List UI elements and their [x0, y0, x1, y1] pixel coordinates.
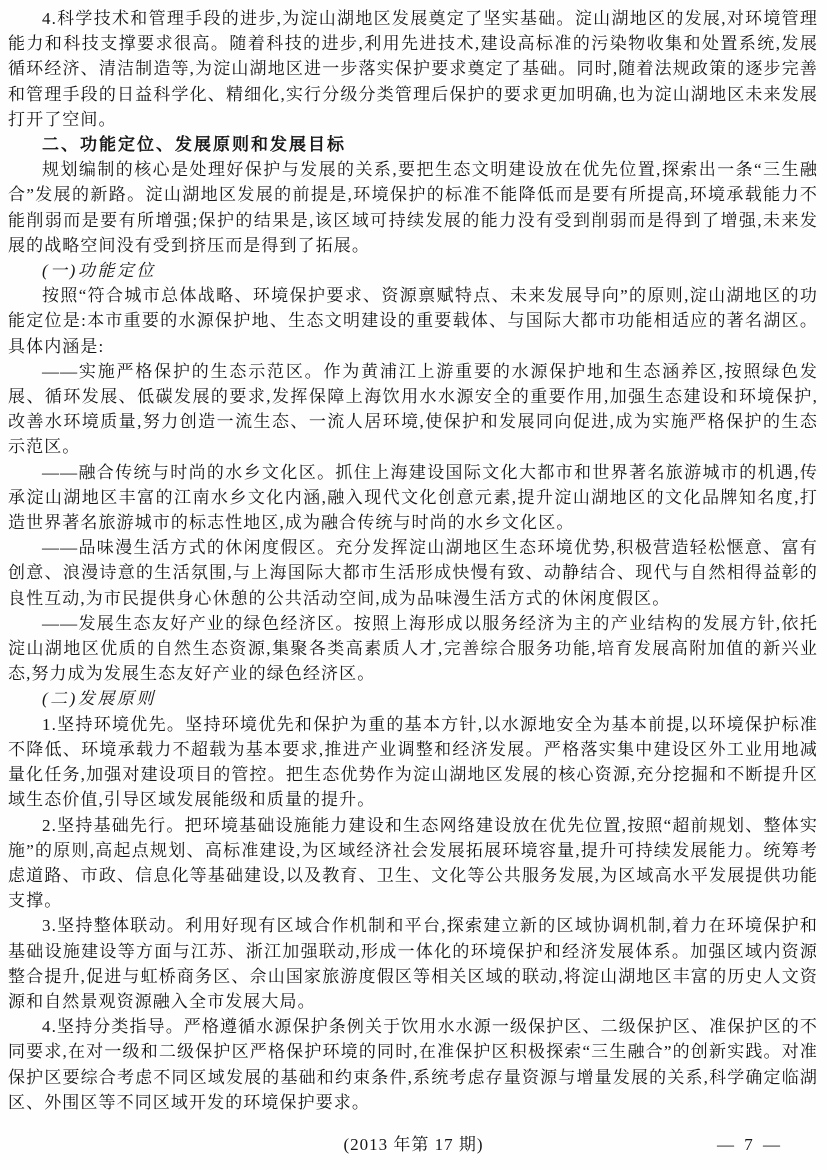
document-page: 4.科学技术和管理手段的进步,为淀山湖地区发展奠定了坚实基础。淀山湖地区的发展,… [0, 0, 827, 1170]
body-paragraph: 1.坚持环境优先。坚持环境优先和保护为重的基本方针,以水源地安全为基本前提,以环… [8, 712, 818, 813]
document-body: 4.科学技术和管理手段的进步,为淀山湖地区发展奠定了坚实基础。淀山湖地区的发展,… [8, 6, 818, 1115]
body-paragraph: ——实施严格保护的生态示范区。作为黄浦江上游重要的水源保护地和生态涵养区,按照绿… [8, 359, 818, 460]
body-paragraph: ——品味漫生活方式的休闲度假区。充分发挥淀山湖地区生态环境优势,积极营造轻松惬意… [8, 535, 818, 611]
page-number: — 7 — [717, 1132, 783, 1158]
body-paragraph: 规划编制的核心是处理好保护与发展的关系,要把生态文明建设放在优先位置,探索出一条… [8, 157, 818, 258]
body-paragraph: 按照“符合城市总体战略、环境保护要求、资源禀赋特点、未来发展导向”的原则,淀山湖… [8, 283, 818, 359]
body-paragraph: ——融合传统与时尚的水乡文化区。抓住上海建设国际文化大都市和世界著名旅游城市的机… [8, 460, 818, 536]
body-paragraph: 2.坚持基础先行。把环境基础设施能力建设和生态网络建设放在优先位置,按照“超前规… [8, 813, 818, 914]
subsection-heading: (二)发展原则 [8, 686, 818, 711]
section-heading: 二、功能定位、发展原则和发展目标 [8, 132, 818, 157]
body-paragraph: ——发展生态友好产业的绿色经济区。按照上海形成以服务经济为主的产业结构的发展方针… [8, 611, 818, 687]
body-paragraph: 4.科学技术和管理手段的进步,为淀山湖地区发展奠定了坚实基础。淀山湖地区的发展,… [8, 6, 818, 132]
body-paragraph: 4.坚持分类指导。严格遵循水源保护条例关于饮用水水源一级保护区、二级保护区、准保… [8, 1014, 818, 1115]
issue-label: (2013 年第 17 期) [343, 1132, 483, 1158]
subsection-heading: (一)功能定位 [8, 258, 818, 283]
body-paragraph: 3.坚持整体联动。利用好现有区域合作机制和平台,探索建立新的区域协调机制,着力在… [8, 913, 818, 1014]
page-footer: (2013 年第 17 期) — 7 — [0, 1132, 827, 1158]
